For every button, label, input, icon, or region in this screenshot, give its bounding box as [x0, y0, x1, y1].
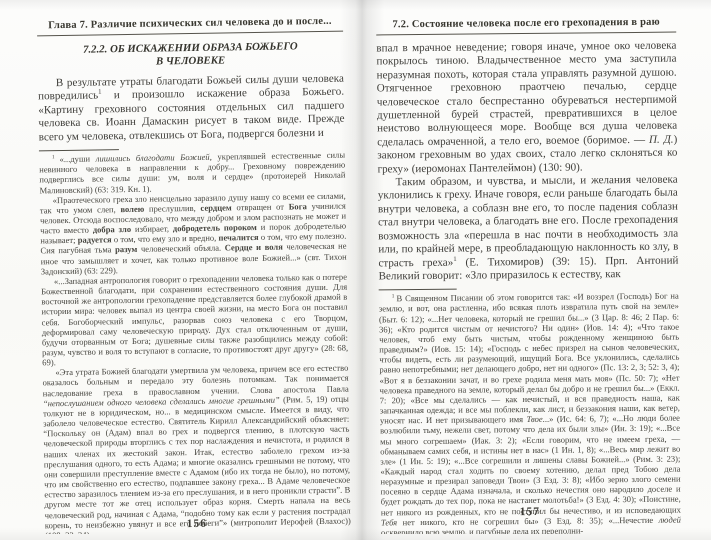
left-page-content: Глава 7. Различие психических сил челове… [30, 6, 354, 534]
paragraph: 1 «...души лишились благодати Божией, ук… [39, 150, 346, 195]
right-running-head: 7.2. Состояние человека после его грехоп… [376, 17, 676, 36]
paragraph: «...Западная антропология говорит о грех… [41, 271, 348, 367]
left-running-head: Глава 7. Различие психических сил челове… [37, 16, 343, 37]
book-spread: Глава 7. Различие психических сил челове… [0, 0, 711, 540]
paragraph: «Эта утрата Божией благодати умертвила у… [42, 363, 351, 534]
paragraph: 1 В Священном Писании об этом говорится … [379, 291, 681, 534]
right-body-text: впал в мрачное неведение; говоря иначе, … [376, 40, 678, 284]
left-footnote-separator [39, 149, 119, 151]
section-title: 7.2.2. ОБ ИСКАЖЕНИИ ОБРАЗА БОЖЬЕГО В ЧЕЛ… [37, 40, 343, 71]
left-footnotes: 1 «...души лишились благодати Божией, ук… [39, 150, 351, 534]
paragraph: впал в мрачное неведение; говоря иначе, … [376, 40, 677, 177]
left-body-text: В результате утраты благодати Божьей сил… [38, 73, 345, 145]
left-page: Глава 7. Различие психических сил челове… [30, 6, 354, 534]
right-footnotes: 1 В Священном Писании об этом говорится … [379, 291, 681, 534]
paragraph: «Праотеческого греха зло неисцельно зара… [40, 190, 347, 276]
paragraph: В результате утраты благодати Божьей сил… [38, 73, 345, 145]
right-page: 7.2. Состояние человека после его грехоп… [368, 6, 686, 534]
right-page-content: 7.2. Состояние человека после его грехоп… [368, 6, 686, 534]
paragraph: Таким образом, и чувства, и мысли, и жел… [378, 174, 679, 284]
right-footnote-separator [379, 289, 457, 291]
